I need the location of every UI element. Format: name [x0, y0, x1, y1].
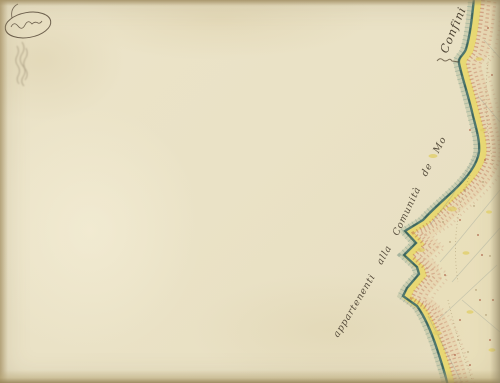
- oval-stamp: [3, 4, 53, 41]
- stamp-signature-squiggle: [11, 21, 42, 28]
- boundary-phrase: appartenenti alla Comunità de Monte-Foli…: [0, 0, 449, 340]
- embossed-stamp-smudge: [16, 42, 28, 86]
- map-drawing: Confini appartenenti alla Comunità de Mo…: [0, 0, 500, 383]
- map-sheet: Confini appartenenti alla Comunità de Mo…: [0, 0, 500, 383]
